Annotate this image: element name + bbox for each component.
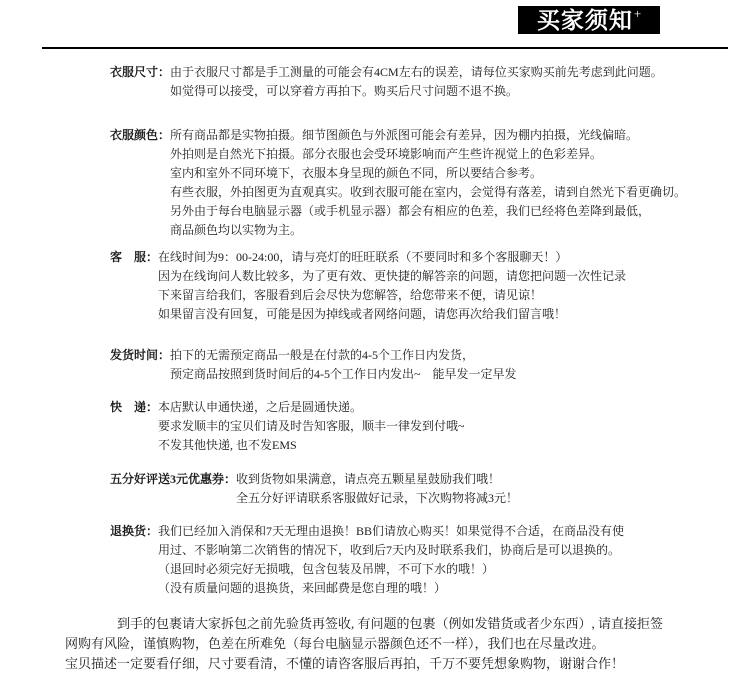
section-body: 我们已经加入消保和7天无理由退换！BB们请放心购买！如果觉得不合适，在商品没有使… (158, 522, 732, 598)
section-line: 在线时间为9：00-24:00，请与亮灯的旺旺联系（不要同时和多个客服聊天！） (158, 248, 732, 267)
section-line: 要求发顺丰的宝贝们请及时告知客服，顺丰一律发到付哦~ (158, 417, 732, 436)
section-line: 商品颜色均以实物为主。 (170, 221, 732, 240)
section-line: 外拍则是自然光下拍摄。部分衣服也会受环境影响而产生些许视觉上的色彩差异。 (170, 145, 732, 164)
section-line: 用过、不影响第二次销售的情况下，收到后7天内及时联系我们，协商后是可以退换的。 (158, 541, 732, 560)
notice-section: 退换货：我们已经加入消保和7天无理由退换！BB们请放心购买！如果觉得不合适，在商… (110, 522, 732, 598)
buyer-notice-page: 买家须知+ 衣服尺寸：由于衣服尺寸都是手工测量的可能会有4CM左右的误差，请每位… (0, 0, 750, 688)
notice-section: 五分好评送3元优惠券：收到货物如果满意，请点亮五颗星星鼓励我们哦！全五分好评请联… (110, 470, 732, 508)
section-line: （退回时必须完好无损哦，包含包装及吊牌，不可下水的哦！） (158, 560, 732, 579)
notice-content: 衣服尺寸：由于衣服尺寸都是手工测量的可能会有4CM左右的误差，请每位买家购买前先… (65, 63, 732, 674)
section-body: 由于衣服尺寸都是手工测量的可能会有4CM左右的误差，请每位买家购买前先考虑到此问… (170, 63, 732, 101)
header-banner: 买家须知+ (518, 6, 660, 34)
notice-section: 衣服颜色：所有商品都是实物拍摄。细节图颜色与外派图可能会有差异，因为棚内拍摄，光… (110, 126, 732, 240)
footer-note: 到手的包裹请大家拆包之前先验货再签收, 有问题的包裹（例如发错货或者少东西）, … (65, 614, 732, 674)
divider-line (42, 47, 728, 49)
section-title: 退换货： (110, 522, 158, 541)
section-line: 如果留言没有回复，可能是因为掉线或者网络问题，请您再次给我们留言哦！ (158, 305, 732, 324)
notice-section: 发货时间：拍下的无需预定商品一般是在付款的4-5个工作日内发货，预定商品按照到货… (110, 346, 732, 384)
section-title: 衣服颜色： (110, 126, 170, 145)
section-title: 客 服： (110, 248, 158, 267)
section-line: 全五分好评请联系客服做好记录，下次购物将减3元！ (236, 489, 732, 508)
section-line: 收到货物如果满意，请点亮五颗星星鼓励我们哦！ (236, 470, 732, 489)
footer-line: 网购有风险，谨慎购物，色差在所难免（每台电脑显示器颜色还不一样），我们也在尽量改… (65, 634, 732, 654)
notice-section: 快 递：本店默认申通快递，之后是圆通快递。要求发顺丰的宝贝们请及时告知客服，顺丰… (110, 398, 732, 455)
section-body: 收到货物如果满意，请点亮五颗星星鼓励我们哦！全五分好评请联系客服做好记录，下次购… (236, 470, 732, 508)
section-line: 预定商品按照到货时间后的4-5个工作日内发出~ 能早发一定早发 (170, 365, 732, 384)
section-body: 在线时间为9：00-24:00，请与亮灯的旺旺联系（不要同时和多个客服聊天！）因… (158, 248, 732, 324)
section-line: 下来留言给我们，客服看到后会尽快为您解答，给您带来不便，请见谅！ (158, 286, 732, 305)
section-line: 拍下的无需预定商品一般是在付款的4-5个工作日内发货， (170, 346, 732, 365)
section-line: 因为在线询问人数比较多，为了更有效、更快捷的解答亲的问题，请您把问题一次性记录 (158, 267, 732, 286)
section-line: 我们已经加入消保和7天无理由退换！BB们请放心购买！如果觉得不合适，在商品没有使 (158, 522, 732, 541)
section-line: （没有质量问题的退换货，来回邮费是您自理的哦！） (158, 579, 732, 598)
section-line: 另外由于每台电脑显示器（或手机显示器）都会有相应的色差，我们已经将色差降到最低， (170, 202, 732, 221)
section-line: 由于衣服尺寸都是手工测量的可能会有4CM左右的误差，请每位买家购买前先考虑到此问… (170, 63, 732, 82)
section-line: 如觉得可以接受，可以穿着方再拍下。购买后尺寸问题不退不换。 (170, 82, 732, 101)
footer-line: 到手的包裹请大家拆包之前先验货再签收, 有问题的包裹（例如发错货或者少东西）, … (65, 614, 732, 634)
notice-sections: 衣服尺寸：由于衣服尺寸都是手工测量的可能会有4CM左右的误差，请每位买家购买前先… (65, 63, 732, 598)
section-line: 不发其他快递, 也不发EMS (158, 436, 732, 455)
page-title: 买家须知 (537, 9, 633, 32)
section-line: 所有商品都是实物拍摄。细节图颜色与外派图可能会有差异，因为棚内拍摄，光线偏暗。 (170, 126, 732, 145)
section-title: 衣服尺寸： (110, 63, 170, 82)
section-title: 快 递： (110, 398, 158, 417)
section-line: 本店默认申通快递，之后是圆通快递。 (158, 398, 732, 417)
section-title: 五分好评送3元优惠券： (110, 470, 236, 489)
section-body: 拍下的无需预定商品一般是在付款的4-5个工作日内发货，预定商品按照到货时间后的4… (170, 346, 732, 384)
section-line: 有些衣服，外拍图更为直观真实。收到衣服可能在室内，会觉得有落差，请到自然光下看更… (170, 183, 732, 202)
section-title: 发货时间： (110, 346, 170, 365)
notice-section: 衣服尺寸：由于衣服尺寸都是手工测量的可能会有4CM左右的误差，请每位买家购买前先… (110, 63, 732, 101)
section-body: 所有商品都是实物拍摄。细节图颜色与外派图可能会有差异，因为棚内拍摄，光线偏暗。外… (170, 126, 732, 240)
section-line: 室内和室外不同环境下，衣服本身呈现的颜色不同，所以要结合参考。 (170, 164, 732, 183)
section-body: 本店默认申通快递，之后是圆通快递。要求发顺丰的宝贝们请及时告知客服，顺丰一律发到… (158, 398, 732, 455)
footer-line: 宝贝描述一定要看仔细，尺寸要看清，不懂的请咨客服后再拍，千万不要凭想象购物，谢谢… (65, 654, 732, 674)
page-title-plus: + (634, 7, 642, 20)
notice-section: 客 服：在线时间为9：00-24:00，请与亮灯的旺旺联系（不要同时和多个客服聊… (110, 248, 732, 324)
